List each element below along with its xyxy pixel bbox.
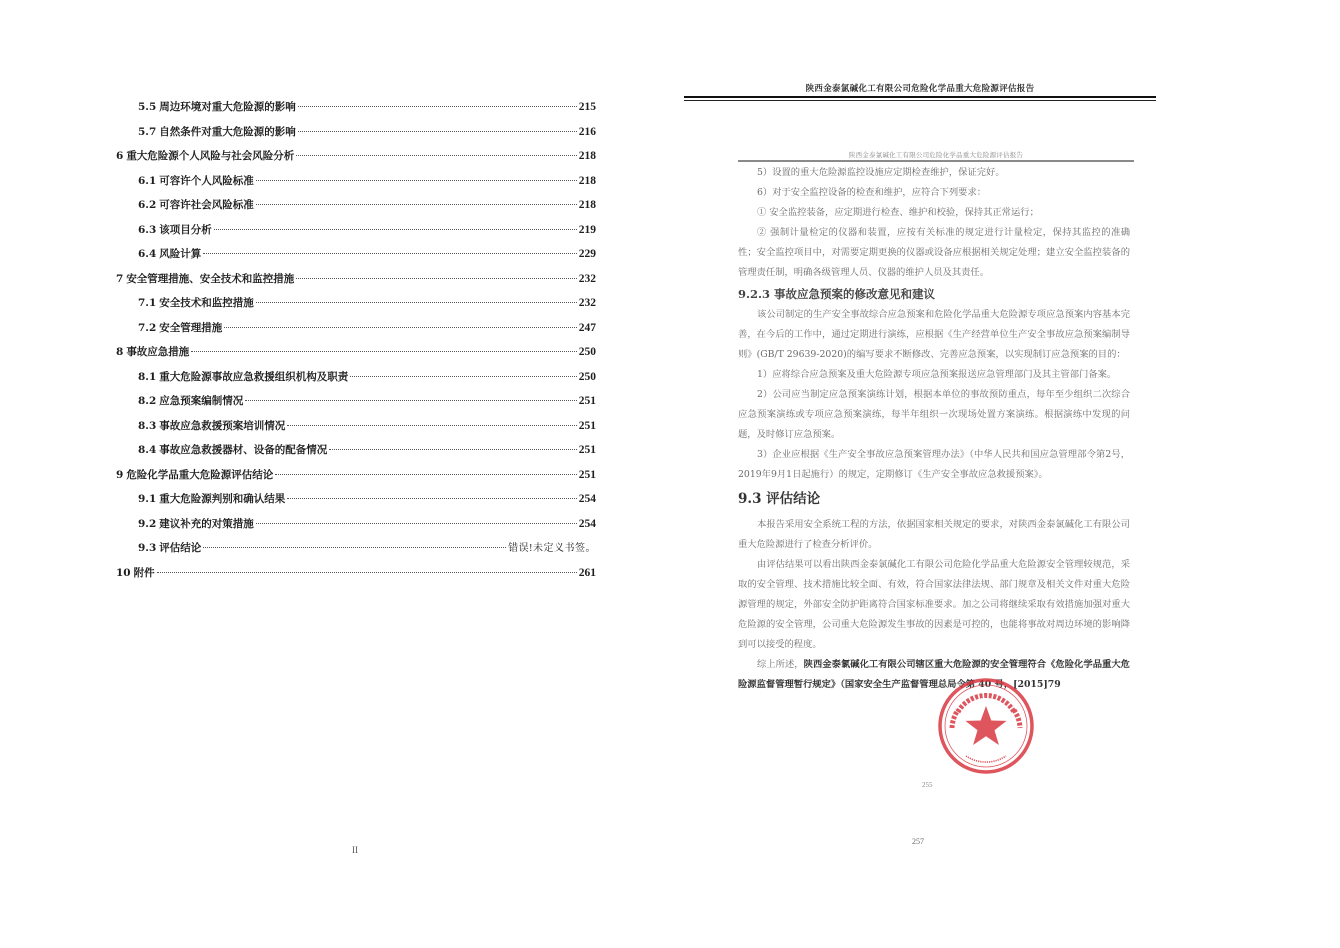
toc-entry-page: 251 <box>579 466 596 484</box>
toc-entry-number: 7.2 <box>138 319 156 337</box>
toc-entry-title: 风险计算 <box>159 245 201 263</box>
toc-entry[interactable]: 9.1重大危险源判别和确认结果254 <box>116 490 596 515</box>
header-rule-thick <box>684 96 1156 98</box>
toc-entry-number: 9 <box>116 466 123 484</box>
list-item: 3）企业应根据《生产安全事故应急预案管理办法》（中华人民共和国应急管理部令第2号… <box>738 445 1130 485</box>
toc-entry-number: 8.2 <box>138 392 156 410</box>
toc-leader-dots <box>287 424 576 426</box>
outer-page-header: 陕西金泰氯碱化工有限公司危险化学品重大危险源评估报告 <box>684 82 1156 94</box>
toc-entry[interactable]: 7安全管理措施、安全技术和监控措施232 <box>116 270 596 295</box>
table-of-contents: 5.5周边环境对重大危险源的影响2155.7自然条件对重大危险源的影响2166重… <box>116 98 596 588</box>
toc-entry-title: 安全管理措施 <box>159 319 222 337</box>
toc-leader-dots <box>256 522 577 524</box>
toc-entry-page: 250 <box>579 368 596 386</box>
paragraph: 该公司制定的生产安全事故综合应急预案和危险化学品重大危险源专项应急预案内容基本完… <box>738 305 1130 365</box>
inner-page-number: 255 <box>922 781 933 789</box>
toc-leader-dots <box>157 571 577 573</box>
inner-page-header: 陕西金泰氯碱化工有限公司危险化学品重大危险源评估报告 <box>738 150 1134 159</box>
toc-leader-dots <box>329 448 576 450</box>
toc-entry[interactable]: 8.3事故应急救援预案培训情况251 <box>116 417 596 442</box>
toc-entry[interactable]: 7.2安全管理措施247 <box>116 319 596 344</box>
section-heading-9-3: 9.3 评估结论 <box>738 487 1130 511</box>
toc-leader-dots <box>350 375 576 377</box>
toc-entry-title: 周边环境对重大危险源的影响 <box>159 98 296 116</box>
toc-entry[interactable]: 7.1安全技术和监控措施232 <box>116 294 596 319</box>
toc-entry[interactable]: 8.2应急预案编制情况251 <box>116 392 596 417</box>
toc-entry-title: 安全管理措施、安全技术和监控措施 <box>126 270 294 288</box>
toc-entry-page: 251 <box>579 441 596 459</box>
list-item: 1）应将综合应急预案及重大危险源专项应急预案报送应急管理部门及其主管部门备案。 <box>738 365 1130 385</box>
toc-leader-dots <box>214 228 577 230</box>
toc-leader-dots <box>256 203 577 205</box>
toc-entry[interactable]: 6.4风险计算229 <box>116 245 596 270</box>
toc-entry-number: 5.7 <box>138 123 156 141</box>
toc-entry[interactable]: 8事故应急措施250 <box>116 343 596 368</box>
toc-entry-number: 6.3 <box>138 221 156 239</box>
toc-entry-number: 6.4 <box>138 245 156 263</box>
toc-entry-page: 215 <box>579 98 596 116</box>
toc-entry[interactable]: 9危险化学品重大危险源评估结论251 <box>116 466 596 491</box>
toc-entry-number: 6.1 <box>138 172 156 190</box>
toc-entry-number: 5.5 <box>138 98 156 116</box>
toc-entry-title: 附件 <box>134 564 155 582</box>
toc-leader-dots <box>191 350 576 352</box>
toc-entry[interactable]: 6.1可容许个人风险标准218 <box>116 172 596 197</box>
toc-leader-dots <box>296 154 576 156</box>
toc-entry[interactable]: 5.7自然条件对重大危险源的影响216 <box>116 123 596 148</box>
toc-entry[interactable]: 9.2建议补充的对策措施254 <box>116 515 596 540</box>
toc-entry-title: 评估结论 <box>159 539 201 557</box>
toc-entry-page: 232 <box>579 270 596 288</box>
paragraph: 6）对于安全监控设备的检查和维护，应符合下列要求： <box>738 183 1130 203</box>
outer-page-number: 257 <box>912 837 924 846</box>
toc-entry[interactable]: 8.4事故应急救援器材、设备的配备情况251 <box>116 441 596 466</box>
conclusion-prefix: 综上所述， <box>757 659 804 670</box>
toc-entry-title: 重大危险源个人风险与社会风险分析 <box>126 147 294 165</box>
toc-entry-page: 261 <box>579 564 596 582</box>
toc-entry-title: 事故应急措施 <box>126 343 189 361</box>
toc-entry-page: 232 <box>579 294 596 312</box>
toc-leader-dots <box>296 277 576 279</box>
toc-entry-title: 重大危险源判别和确认结果 <box>159 490 285 508</box>
scanned-page-body: 5）设置的重大危险源监控设施应定期检查维护，保证完好。 6）对于安全监控设备的检… <box>738 163 1130 695</box>
toc-entry[interactable]: 8.1重大危险源事故应急救援组织机构及职责250 <box>116 368 596 393</box>
toc-leader-dots <box>245 399 576 401</box>
toc-entry-title: 事故应急救援预案培训情况 <box>159 417 285 435</box>
toc-entry-title: 可容许个人风险标准 <box>159 172 254 190</box>
toc-entry-title: 重大危险源事故应急救援组织机构及职责 <box>159 368 348 386</box>
toc-entry[interactable]: 5.5周边环境对重大危险源的影响215 <box>116 98 596 123</box>
toc-entry-title: 该项目分析 <box>159 221 212 239</box>
paragraph: 本报告采用安全系统工程的方法，依据国家相关规定的要求，对陕西金泰氯碱化工有限公司… <box>738 515 1130 555</box>
toc-entry-number: 9.1 <box>138 490 156 508</box>
toc-entry-number: 9.2 <box>138 515 156 533</box>
toc-entry-page: 247 <box>579 319 596 337</box>
toc-entry-title: 危险化学品重大危险源评估结论 <box>126 466 273 484</box>
header-rule-thin <box>684 100 1156 101</box>
toc-entry-title: 建议补充的对策措施 <box>159 515 254 533</box>
paragraph: ① 安全监控装备，应定期进行检查、维护和校验，保持其正常运行； <box>738 203 1130 223</box>
toc-leader-dots <box>203 252 576 254</box>
toc-entry-page: 229 <box>579 245 596 263</box>
toc-entry-page: 218 <box>579 172 596 190</box>
toc-entry-number: 7.1 <box>138 294 156 312</box>
toc-entry-number: 8 <box>116 343 123 361</box>
toc-entry-page: 251 <box>579 392 596 410</box>
paragraph: 由评估结果可以看出陕西金泰氯碱化工有限公司危险化学品重大危险源安全管理较规范，采… <box>738 555 1130 655</box>
toc-entry[interactable]: 6.3该项目分析219 <box>116 221 596 246</box>
left-page-number: II <box>352 845 358 855</box>
toc-entry[interactable]: 6.2可容许社会风险标准218 <box>116 196 596 221</box>
toc-entry-number: 7 <box>116 270 123 288</box>
toc-entry-title: 可容许社会风险标准 <box>159 196 254 214</box>
list-item: 2）公司应当制定应急预案演练计划，根据本单位的事故预防重点，每年至少组织二次综合… <box>738 385 1130 445</box>
toc-leader-dots <box>224 326 576 328</box>
toc-leader-dots <box>256 179 577 181</box>
toc-entry-title: 自然条件对重大危险源的影响 <box>159 123 296 141</box>
toc-entry-page: 219 <box>579 221 596 239</box>
paragraph: 综上所述，陕西金泰氯碱化工有限公司辖区重大危险源的安全管理符合《危险化学品重大危… <box>738 655 1130 695</box>
toc-entry-title: 应急预案编制情况 <box>159 392 243 410</box>
toc-entry-number: 6 <box>116 147 123 165</box>
toc-entry-page: 218 <box>579 147 596 165</box>
toc-entry[interactable]: 9.3评估结论错误!未定义书签。 <box>116 539 596 564</box>
toc-entry[interactable]: 10附件261 <box>116 564 596 589</box>
toc-entry[interactable]: 6重大危险源个人风险与社会风险分析218 <box>116 147 596 172</box>
toc-leader-dots <box>298 130 577 132</box>
inner-header-rule <box>738 160 1134 162</box>
toc-leader-dots <box>298 105 577 107</box>
toc-entry-page: 错误!未定义书签。 <box>508 540 596 558</box>
toc-entry-page: 218 <box>579 196 596 214</box>
toc-entry-page: 250 <box>579 343 596 361</box>
toc-leader-dots <box>287 497 576 499</box>
toc-entry-page: 216 <box>579 123 596 141</box>
toc-entry-title: 安全技术和监控措施 <box>159 294 254 312</box>
toc-entry-title: 事故应急救援器材、设备的配备情况 <box>159 441 327 459</box>
toc-leader-dots <box>275 473 576 475</box>
toc-entry-page: 251 <box>579 417 596 435</box>
toc-entry-number: 10 <box>116 564 131 582</box>
toc-leader-dots <box>203 546 506 548</box>
section-heading-9-2-3: 9.2.3 事故应急预案的修改意见和建议 <box>738 283 1130 305</box>
toc-entry-page: 254 <box>579 515 596 533</box>
paragraph: 5）设置的重大危险源监控设施应定期检查维护，保证完好。 <box>738 163 1130 183</box>
toc-entry-number: 8.1 <box>138 368 156 386</box>
paragraph: ② 强制计量检定的仪器和装置，应按有关标准的规定进行计量检定，保持其监控的准确性… <box>738 223 1130 283</box>
toc-entry-number: 8.4 <box>138 441 156 459</box>
toc-entry-number: 9.3 <box>138 539 156 557</box>
toc-entry-number: 8.3 <box>138 417 156 435</box>
toc-entry-number: 6.2 <box>138 196 156 214</box>
toc-leader-dots <box>256 301 577 303</box>
toc-entry-page: 254 <box>579 490 596 508</box>
